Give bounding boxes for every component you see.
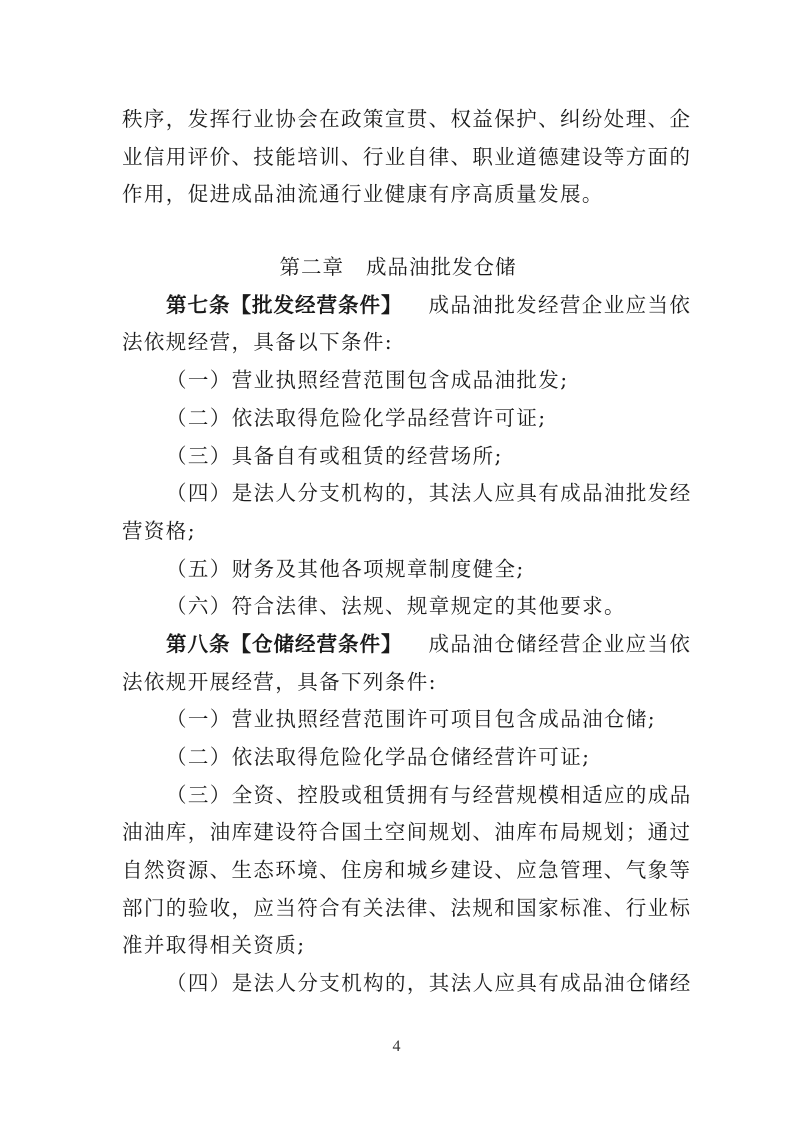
article-8-intro-continued: 法依规开展经营，具备下列条件: bbox=[122, 664, 674, 702]
article-8-item: （一）营业执照经营范围许可项目包含成品油仓储; bbox=[122, 701, 674, 739]
article-7-item: （五）财务及其他各项规章制度健全; bbox=[122, 551, 674, 589]
article-7-item-continued: 营资格; bbox=[122, 513, 674, 551]
chapter-heading: 第二章成品油批发仓储 bbox=[122, 249, 674, 287]
page-number: 4 bbox=[0, 1038, 793, 1056]
article-8-heading-line: 第八条【仓储经营条件】成品油仓储经营企业应当依 bbox=[122, 626, 674, 664]
article-7-item: （二）依法取得危险化学品经营许可证; bbox=[122, 400, 674, 438]
article-8-item-continued: 油油库，油库建设符合国土空间规划、油库布局规划；通过 bbox=[122, 814, 674, 852]
article-8-item: （四）是法人分支机构的，其法人应具有成品油仓储经 bbox=[122, 965, 674, 1003]
article-7-heading-line: 第七条【批发经营条件】成品油批发经营企业应当依 bbox=[122, 287, 674, 325]
article-7-intro: 成品油批发经营企业应当依 bbox=[429, 293, 692, 317]
article-7-intro-continued: 法依规经营，具备以下条件: bbox=[122, 324, 674, 362]
article-8-item: （三）全资、控股或租赁拥有与经营规模相适应的成品 bbox=[122, 777, 674, 815]
paragraph-line: 秩序，发挥行业协会在政策宣贯、权益保护、纠纷处理、企 bbox=[122, 101, 674, 139]
chapter-title: 成品油批发仓储 bbox=[366, 255, 517, 279]
article-8-intro: 成品油仓储经营企业应当依 bbox=[429, 632, 692, 656]
paragraph-line: 作用，促进成品油流通行业健康有序高质量发展。 bbox=[122, 176, 674, 214]
document-body: 秩序，发挥行业协会在政策宣贯、权益保护、纠纷处理、企 业信用评价、技能培训、行业… bbox=[122, 101, 674, 1003]
paragraph-line: 业信用评价、技能培训、行业自律、职业道德建设等方面的 bbox=[122, 139, 674, 177]
article-7-item: （一）营业执照经营范围包含成品油批发; bbox=[122, 362, 674, 400]
chapter-number: 第二章 bbox=[280, 255, 345, 279]
article-7-item: （六）符合法律、法规、规章规定的其他要求。 bbox=[122, 588, 674, 626]
article-7-item: （四）是法人分支机构的，其法人应具有成品油批发经 bbox=[122, 475, 674, 513]
article-8-item-continued: 部门的验收，应当符合有关法律、法规和国家标准、行业标 bbox=[122, 890, 674, 928]
article-7-item: （三）具备自有或租赁的经营场所; bbox=[122, 438, 674, 476]
article-8-heading: 第八条【仓储经营条件】 bbox=[166, 632, 403, 656]
article-8-item-continued: 准并取得相关资质; bbox=[122, 927, 674, 965]
document-page: 秩序，发挥行业协会在政策宣贯、权益保护、纠纷处理、企 业信用评价、技能培训、行业… bbox=[0, 0, 793, 1122]
article-7-heading: 第七条【批发经营条件】 bbox=[166, 293, 403, 317]
article-8-item-continued: 自然资源、生态环境、住房和城乡建设、应急管理、气象等 bbox=[122, 852, 674, 890]
article-8-item: （二）依法取得危险化学品仓储经营许可证; bbox=[122, 739, 674, 777]
